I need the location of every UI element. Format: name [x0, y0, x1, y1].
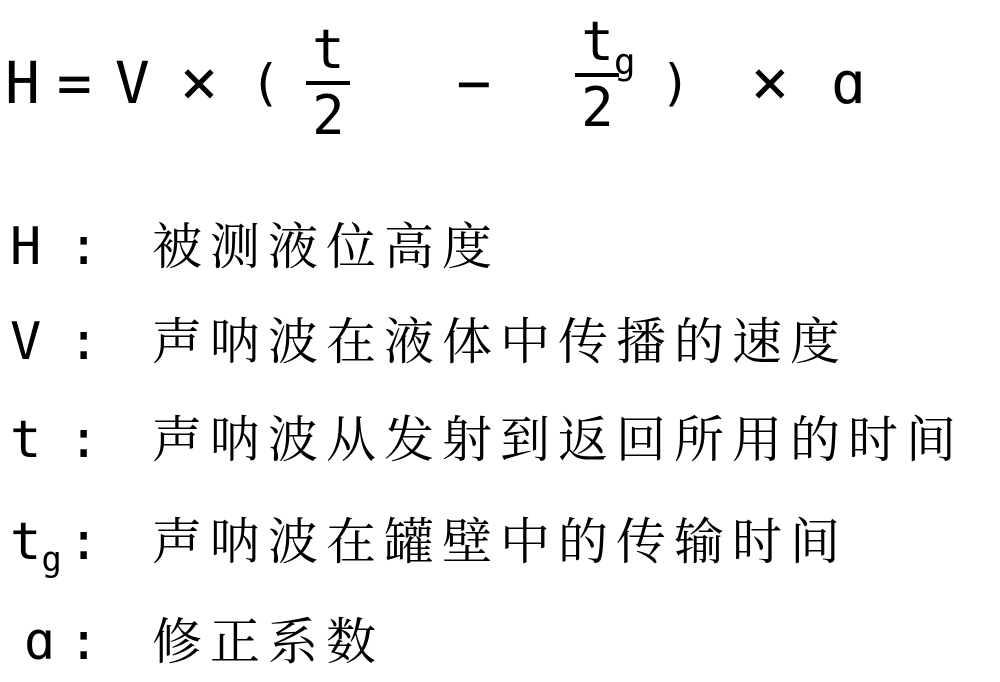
definition-row-tg: tg : 声呐波在罐壁中的传输时间	[10, 512, 848, 572]
colon-alpha: :	[68, 616, 99, 668]
fraction-1-denominator: 2	[312, 89, 345, 143]
formula-coefficient-symbol: ɑ	[831, 54, 866, 112]
definition-text-H: 被测液位高度	[152, 220, 500, 275]
formula-result-symbol: H	[5, 54, 40, 112]
document-page: H = V × ( t 2 − tg 2 ) × ɑ H : 被测液位高度 V …	[0, 0, 1000, 682]
fraction-t-over-2: t 2	[306, 23, 350, 143]
symbol-H: H	[10, 221, 68, 273]
definition-text-tg: 声呐波在罐壁中的传输时间	[152, 515, 848, 570]
symbol-tg: tg	[10, 516, 68, 568]
definition-row-V: V : 声呐波在液体中传播的速度	[10, 312, 848, 372]
fraction-2-numerator: tg	[581, 15, 635, 69]
definition-text-t: 声呐波从发射到返回所用的时间	[152, 413, 964, 468]
minus-sign: −	[456, 54, 491, 112]
definition-text-V: 声呐波在液体中传播的速度	[152, 315, 848, 370]
colon-t: :	[68, 414, 99, 466]
definition-label-tg: tg :	[10, 516, 152, 568]
symbol-t-base: t	[10, 410, 41, 470]
definition-row-t: t : 声呐波从发射到返回所用的时间	[10, 410, 964, 470]
symbol-H-base: H	[10, 217, 41, 277]
formula: H = V × ( t 2 − tg 2 ) × ɑ	[0, 8, 866, 158]
fraction-2-denominator: 2	[575, 81, 619, 135]
symbol-alpha-base: ɑ	[24, 612, 55, 672]
definition-text-alpha: 修正系数	[152, 615, 384, 670]
symbol-tg-subscript: g	[41, 540, 61, 580]
colon-H: :	[68, 221, 99, 273]
close-paren: )	[661, 58, 691, 108]
multiply-sign-2: ×	[751, 51, 790, 115]
colon-tg: :	[68, 516, 99, 568]
fraction-tg-over-2: tg 2	[575, 15, 635, 135]
open-paren: (	[250, 58, 280, 108]
definition-row-H: H : 被测液位高度	[10, 217, 500, 277]
equals-sign: =	[57, 54, 92, 112]
symbol-V: V	[10, 316, 68, 368]
fraction-2-numerator-subscript: g	[614, 42, 636, 83]
symbol-V-base: V	[10, 312, 41, 372]
definition-label-H: H :	[10, 221, 152, 273]
symbol-tg-base: t	[10, 512, 41, 572]
definition-row-alpha: ɑ : 修正系数	[10, 612, 384, 672]
formula-velocity-symbol: V	[115, 54, 150, 112]
multiply-sign-1: ×	[180, 51, 219, 115]
definition-label-V: V :	[10, 316, 152, 368]
fraction-1-numerator: t	[312, 23, 345, 77]
symbol-t: t	[10, 414, 68, 466]
fraction-2-numerator-base: t	[581, 10, 614, 73]
definition-label-alpha: ɑ :	[10, 616, 152, 668]
definition-label-t: t :	[10, 414, 152, 466]
colon-V: :	[68, 316, 99, 368]
symbol-alpha: ɑ	[10, 616, 68, 668]
